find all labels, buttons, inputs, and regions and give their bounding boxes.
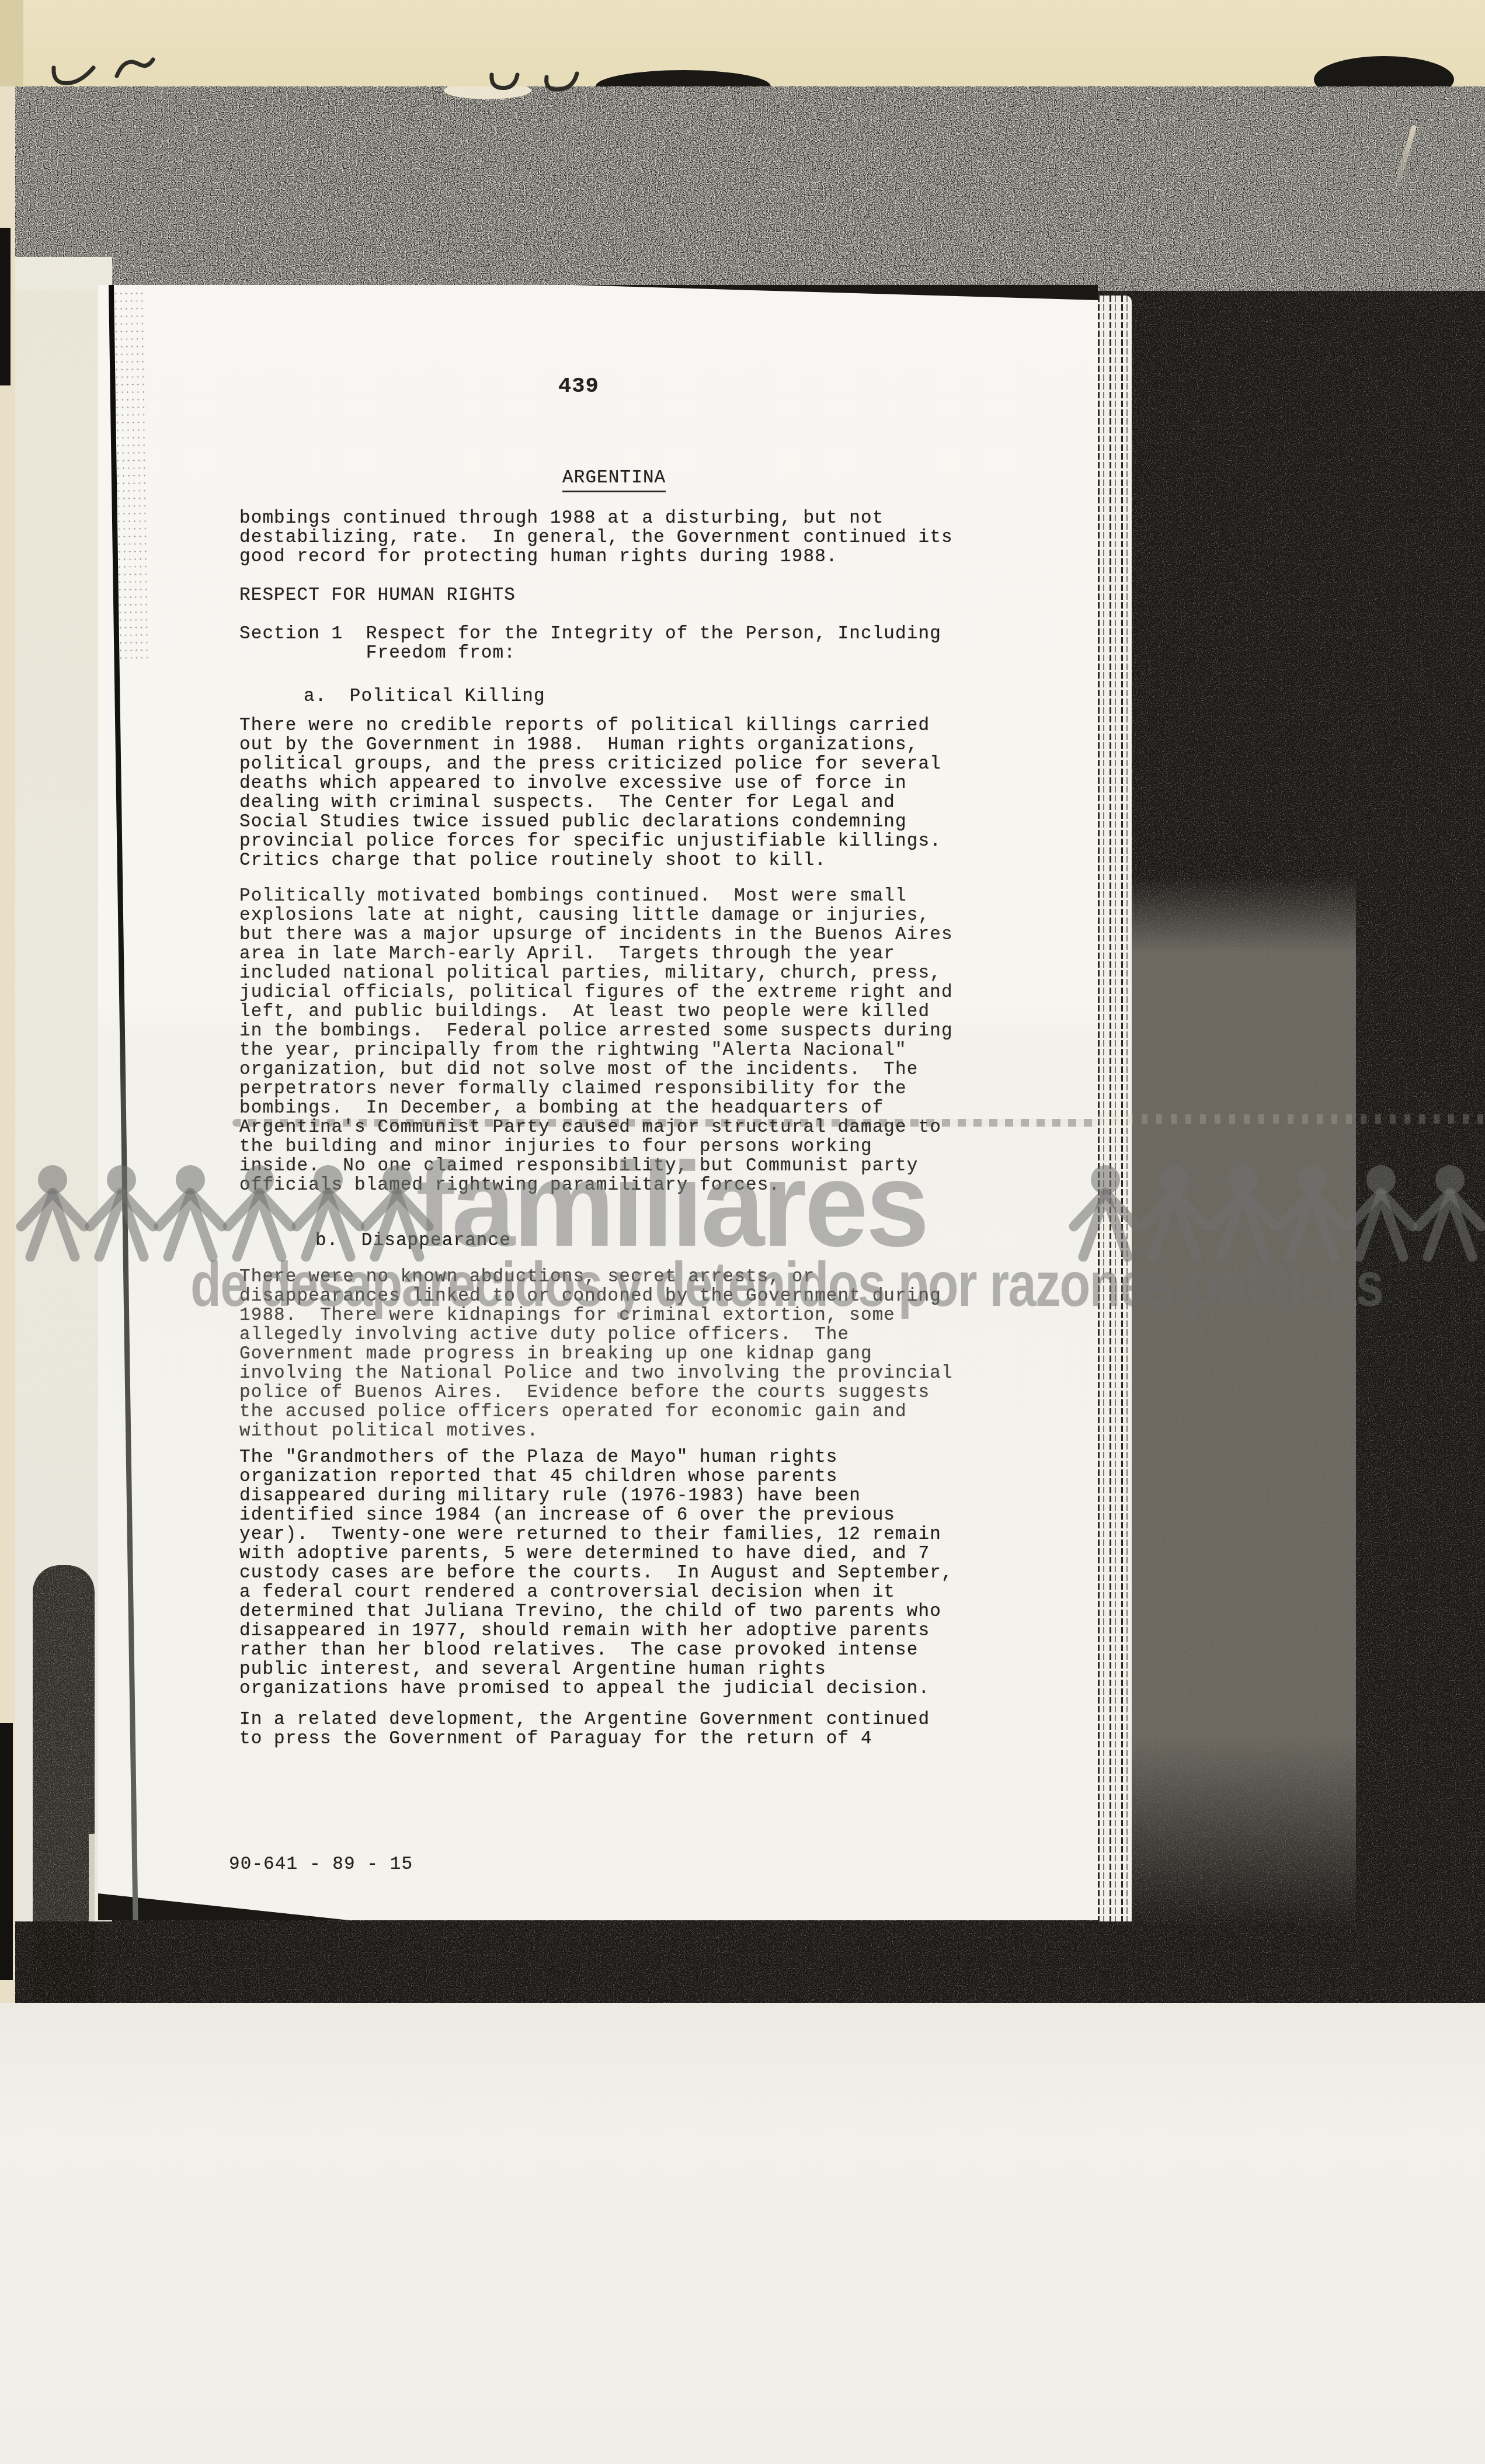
- print-control-number: 90-641 - 89 - 15: [229, 1855, 413, 1874]
- gutter-speckle-smudge: [113, 290, 150, 664]
- page-corner-shadow: [572, 285, 1098, 300]
- bombings-paragraph: Politically motivated bombings continued…: [239, 887, 953, 1195]
- scanned-document-page: 439 ARGENTINA bombings continued through…: [0, 0, 1485, 2464]
- political-killing-paragraph: There were no credible reports of politi…: [239, 716, 941, 870]
- bottom-paper-margin: [0, 1997, 1485, 2464]
- left-edge-ink-bar: [0, 1723, 13, 1980]
- photocopy-gray-column: [1101, 876, 1356, 1927]
- disappearance-paragraph: There were no known abductions, secret a…: [239, 1267, 953, 1441]
- toner-edge-bump: [1314, 56, 1454, 103]
- related-development-paragraph: In a related development, the Argentine …: [239, 1710, 930, 1749]
- toner-streak: [232, 1119, 1098, 1127]
- intro-paragraph: bombings continued through 1988 at a dis…: [239, 509, 953, 567]
- grandmothers-paragraph: The "Grandmothers of the Plaza de Mayo" …: [239, 1448, 953, 1698]
- country-title: ARGENTINA: [562, 468, 666, 492]
- section1-heading: Section 1 Respect for the Integrity of t…: [239, 624, 941, 663]
- toner-streak-dark: [1098, 1114, 1485, 1124]
- book-page-stack-edge: [1098, 296, 1132, 1921]
- item-a-heading: a. Political Killing: [304, 687, 545, 706]
- page-stack-lines: [1098, 296, 1132, 1921]
- page-number: 439: [558, 377, 599, 397]
- respect-heading: RESPECT FOR HUMAN RIGHTS: [239, 586, 516, 605]
- document-page: 439 ARGENTINA bombings continued through…: [98, 285, 1098, 1920]
- left-edge-ink-bar: [0, 228, 11, 385]
- binding-toner-smudge: [33, 1565, 95, 2002]
- pen-scribbles-icon: [0, 0, 642, 117]
- item-b-heading: b. Disappearance: [315, 1231, 511, 1250]
